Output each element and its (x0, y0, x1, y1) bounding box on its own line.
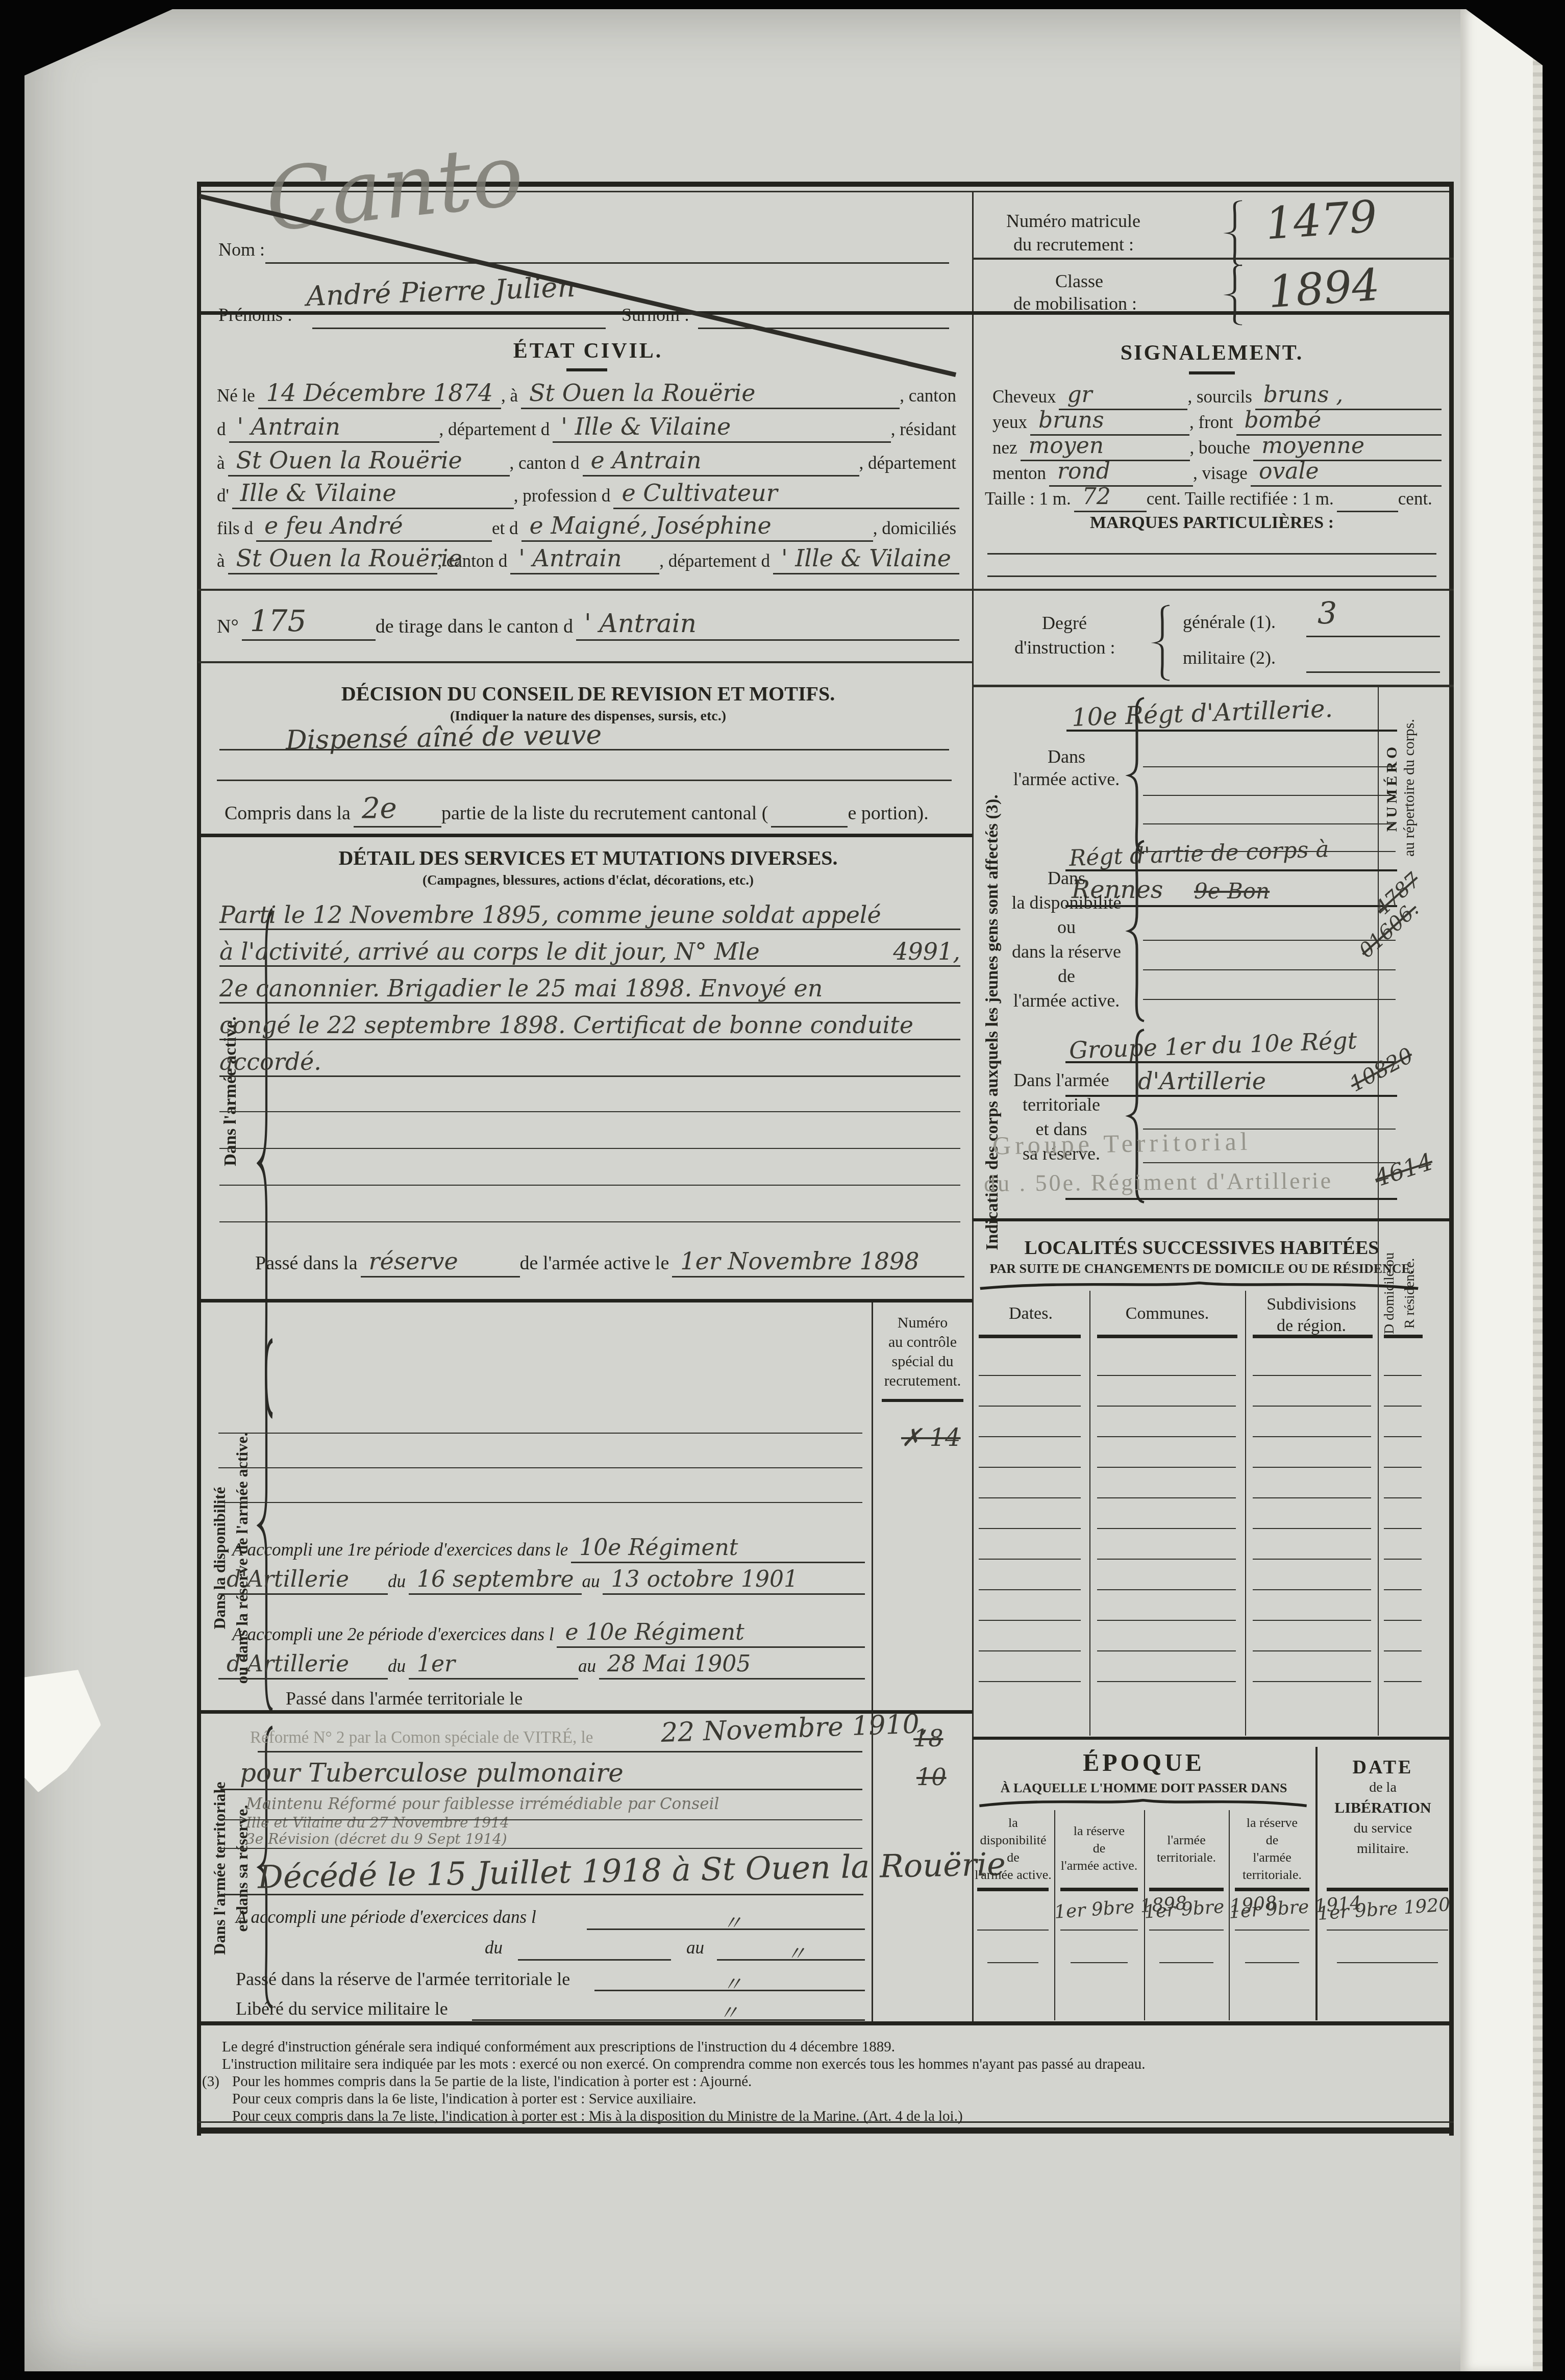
domicile-commune: St Ouen la Rouërie (228, 544, 438, 574)
blank-rule (219, 1185, 960, 1186)
matricule-divider (972, 258, 1454, 260)
stamp-groupe-territorial-1: Groupe Territorial (992, 1126, 1252, 1161)
epoque-head-seg (1327, 1888, 1448, 1891)
etat-civil-row-1: Né le 14 Décembre 1874 , à St Ouen la Ro… (217, 379, 959, 409)
passe-reserve-date: 1er Novembre 1898 (672, 1247, 964, 1277)
epoque-val-rule (1327, 1930, 1448, 1931)
loc-row (1384, 1406, 1422, 1407)
services-text-line-1: Parti le 12 Novembre 1895, comme jeune s… (219, 892, 960, 930)
loc-row (1384, 1559, 1422, 1560)
corps-dispo-label-1: Dans (1013, 867, 1120, 889)
taille-rectifiee-blank (1337, 507, 1398, 512)
loc-row (1097, 1528, 1236, 1529)
footnote-3-label: (3) (202, 2073, 219, 2090)
label: , bouche (1190, 438, 1254, 461)
bouche-value: moyenne (1253, 433, 1442, 461)
localites-col-dates: Dates. (977, 1304, 1084, 1323)
h: militaire. (1318, 1839, 1448, 1859)
services-bottom-thick (198, 1299, 972, 1302)
label: d' (217, 486, 232, 509)
residence-commune: St Ouen la Rouërie (228, 446, 510, 477)
loc-row (979, 1406, 1081, 1407)
text: congé le 22 septembre 1898. Certificat d… (219, 1011, 913, 1039)
birth-date: 14 Décembre 1874 (258, 379, 501, 409)
ditto-2: 〃 (786, 1938, 806, 1967)
passe-res-terr-label: Passé dans la réserve de l'armée territo… (236, 1968, 570, 1990)
loc-row (1253, 1650, 1371, 1651)
label: A accompli une 2e période d'exercices da… (232, 1624, 557, 1648)
loc-row (1384, 1436, 1422, 1437)
loc-row (1253, 1528, 1371, 1529)
numero-repertoire-l1: NUMÉRO (1383, 681, 1401, 895)
lower-section-thick-rule (198, 2021, 1454, 2025)
terr-margin-l1: Dans l'armée territoriale (208, 1715, 231, 2021)
epoque-col3-h: l'armée territoriale. (1146, 1832, 1227, 1866)
section-rule (198, 589, 1454, 591)
localites-head-seg-1 (979, 1335, 1081, 1338)
classe-value: 1894 (1266, 259, 1381, 318)
epoque-sub-rule (1159, 1962, 1213, 1963)
services-text-line-3: 2e canonnier. Brigadier le 25 mai 1898. … (219, 965, 960, 1004)
yeux-value: bruns (1030, 407, 1189, 436)
label: Compris dans la (225, 802, 354, 828)
label: , front (1189, 412, 1236, 436)
label: à (217, 453, 228, 477)
loc-row (1253, 1406, 1371, 1407)
signalement-row-4: menton rond , visage ovale (992, 460, 1442, 487)
h: territoriale. (1231, 1866, 1313, 1884)
blank-rule (219, 1221, 960, 1222)
loc-row (1384, 1375, 1422, 1376)
label: fils d (217, 518, 256, 542)
controle-underline (882, 1399, 963, 1402)
marques-rule-2 (987, 575, 1436, 577)
birth-place: St Ouen la Rouërie (521, 379, 900, 409)
blank-rule (218, 1467, 862, 1468)
epoque-val-rule (1060, 1930, 1138, 1931)
loc-row (1253, 1467, 1371, 1468)
decision-rule-2 (217, 780, 952, 781)
degre-label-1: Degré (1042, 612, 1087, 634)
stamp-groupe-territorial-2: du . 50e. Régiment d'Artillerie (984, 1167, 1333, 1197)
services-title: DÉTAIL DES SERVICES ET MUTATIONS DIVERSE… (217, 846, 959, 870)
loc-row (1384, 1589, 1422, 1590)
corps-dispo-label-4: dans la réserve (990, 941, 1143, 962)
reforme-rule-4 (220, 1848, 862, 1849)
visage-value: ovale (1251, 458, 1442, 487)
blank-rule (1143, 766, 1396, 767)
label: au (582, 1571, 603, 1595)
footnote-1: Le degré d'instruction générale sera ind… (222, 2039, 895, 2056)
localites-vline-3 (1378, 1219, 1379, 1736)
numero-repertoire-caption: NUMÉRO au répertoire du corps. (1383, 681, 1418, 895)
etat-civil-title: ÉTAT CIVIL. (217, 339, 959, 363)
tirage-row: N° 175 de tirage dans le canton d ' Antr… (217, 608, 959, 641)
label: d (217, 419, 229, 443)
ditto-1: 〃 (722, 1907, 742, 1936)
loc-row (1253, 1375, 1371, 1376)
etat-civil-row-4: d' Ille & Vilaine , profession d e Culti… (217, 479, 959, 509)
etat-civil-row-2: d ' Antrain , département d ' Ille & Vil… (217, 412, 959, 443)
localites-bottom-rule (972, 1737, 1454, 1740)
portion-blank (771, 822, 848, 828)
blank-rule (219, 1111, 960, 1112)
periode1-row-1: A accompli une 1re période d'exercices d… (232, 1532, 865, 1563)
epoque-header-wave (977, 1796, 1309, 1809)
localites-title: LOCALITÉS SUCCESSIVES HABITÉES (982, 1237, 1421, 1259)
signalement-title: SIGNALEMENT. (982, 341, 1442, 365)
reforme-motif: pour Tuberculose pulmonaire (240, 1758, 624, 1788)
localites-header-wave (977, 1279, 1421, 1292)
residence-canton: e Antrain (583, 446, 859, 477)
tirage-number: 175 (242, 604, 376, 641)
periode1-regiment: 10e Régiment (571, 1535, 865, 1563)
loc-row (1253, 1436, 1371, 1437)
periode2-regiment: e 10e Régiment (557, 1619, 865, 1648)
loc-row (979, 1528, 1081, 1529)
loc-row (1384, 1650, 1422, 1651)
book-page-edge (1460, 9, 1542, 2371)
epoque-subtitle: À LAQUELLE L'HOMME DOIT PASSER DANS (972, 1781, 1315, 1796)
nez-value: moyen (1021, 433, 1190, 461)
etat-civil-row-5: fils d e feu André et d e Maigné, Joséph… (217, 511, 959, 542)
h: du service (1318, 1818, 1448, 1839)
prenoms-rule (312, 328, 606, 329)
services-subtitle: (Campagnes, blessures, actions d'éclat, … (217, 872, 959, 888)
periode2-row-1: A accompli une 2e période d'exercices da… (232, 1616, 865, 1648)
epoque-sub-rule (1071, 1962, 1128, 1963)
margin-crossed-10: 10 (916, 1763, 947, 1791)
matricule-value: 1479 (1264, 191, 1379, 249)
text: accordé. (219, 1048, 321, 1075)
controle-label-4: recrutement. (874, 1372, 972, 1390)
taille-value: 72 (1074, 484, 1147, 512)
blank-rule (219, 1148, 960, 1149)
epoque-date-h: DATE de la LIBÉRATION du service militai… (1318, 1757, 1448, 1859)
periode2-arme: d'Artillerie (218, 1651, 388, 1680)
h: de (1056, 1840, 1142, 1857)
epoque-head-seg (977, 1888, 1049, 1891)
label: du (388, 1571, 409, 1595)
libere-rule (472, 2019, 865, 2021)
h: disponibilité (974, 1832, 1053, 1849)
label: , profession d (514, 486, 614, 509)
periode2-row-2: d'Artillerie du 1er au 28 Mai 1905 (218, 1648, 865, 1680)
label: partie de la liste du recrutement canton… (441, 802, 771, 828)
epoque-head-seg (1149, 1888, 1224, 1891)
generale-rule (1306, 636, 1440, 637)
label: menton (992, 463, 1049, 487)
footnote-4: Pour ceux compris dans la 6e liste, l'in… (232, 2091, 697, 2108)
footnote-3: Pour les hommes compris dans la 5e parti… (232, 2073, 752, 2090)
label: nez (992, 438, 1021, 461)
text: 2e canonnier. Brigadier le 25 mai 1898. … (219, 974, 823, 1002)
loc-row (1384, 1467, 1422, 1468)
epoque-title: ÉPOQUE (972, 1749, 1315, 1777)
sourcils-value: bruns , (1255, 382, 1442, 410)
corps-dispo-label-3: ou (1013, 916, 1120, 938)
birth-departement: ' Ille & Vilaine (553, 413, 890, 443)
signalement-row-3: nez moyen , bouche moyenne (992, 435, 1442, 461)
loc-row (979, 1559, 1081, 1560)
loc-row (1097, 1497, 1236, 1498)
h: l'armée (1146, 1832, 1227, 1849)
services-text-line-4: congé le 22 septembre 1898. Certificat d… (219, 1002, 960, 1040)
corps-dispo-brace (1127, 839, 1147, 1023)
marques-label: MARQUES PARTICULIÈRES : (982, 513, 1442, 533)
epoque-col4-h: la réserve de l'armée territoriale. (1231, 1814, 1313, 1884)
du-label: du (485, 1938, 503, 1958)
label: , canton (900, 386, 959, 409)
periode2-date-debut: 1er (409, 1651, 578, 1680)
label: , résidant (891, 419, 959, 443)
label: Passé dans la (255, 1252, 361, 1277)
classe-label-2: de mobilisation : (1013, 293, 1137, 314)
blank-rule (1143, 969, 1396, 970)
loc-row (979, 1497, 1081, 1498)
loc-row (1097, 1620, 1236, 1621)
passe-reserve-value: réserve (361, 1247, 520, 1277)
epoque-val-rule (1235, 1930, 1309, 1931)
label: A accompli une 1re période d'exercices d… (232, 1540, 571, 1563)
form-border-left (197, 182, 201, 2136)
loc-row (1384, 1681, 1422, 1682)
corps-active-underline (1066, 730, 1397, 732)
du-rule (518, 1959, 671, 1961)
label: , département (859, 453, 959, 477)
loc-row (979, 1681, 1081, 1682)
epoque-sub-rule (987, 1962, 1038, 1963)
domicile-canton: ' Antrain (510, 544, 659, 574)
degre-bottom-rule (972, 685, 1454, 687)
decision-bottom-thick (198, 834, 972, 837)
services-text-line-5: accordé. (219, 1039, 960, 1077)
prenoms-label: Prénoms : (218, 304, 292, 325)
services-text-line-2: à l'activité, arrivé au corps le dit jou… (219, 929, 960, 967)
label: , canton d (437, 551, 510, 574)
epoque-val-rule (1149, 1930, 1224, 1931)
loc-row (979, 1650, 1081, 1651)
corps-dispo-label-6: l'armée active. (995, 990, 1138, 1011)
loc-row (1097, 1467, 1236, 1468)
degre-brace (1152, 605, 1173, 681)
h: la (974, 1814, 1053, 1832)
generale-label: générale (1). (1183, 611, 1276, 633)
epoque-head-seg (1235, 1888, 1309, 1891)
footnote-2: L'instruction militaire sera indiquée pa… (222, 2056, 1145, 2073)
reforme-rule-1 (258, 1751, 862, 1752)
matricule-label-1: Numéro matricule (1006, 210, 1140, 232)
classe-label-1: Classe (1055, 270, 1103, 292)
passe-territoriale-label: Passé dans l'armée territoriale le (286, 1688, 523, 1709)
blank-rule (1143, 1162, 1396, 1163)
form-border-bottom-thick (198, 2127, 1454, 2134)
passe-reserve-row: Passé dans la réserve de l'armée active … (255, 1244, 964, 1277)
torn-paper-patch (24, 1670, 101, 1792)
corps-dispo-label-5: de (1013, 965, 1120, 987)
label: et d (492, 518, 521, 542)
matricule-corps-number: 4991, (893, 938, 960, 965)
loc-row (1097, 1406, 1236, 1407)
liste-partie-value: 2e (354, 792, 441, 828)
h: territoriale. (1146, 1849, 1227, 1866)
matricule-brace (1225, 200, 1245, 266)
footnote-5: Pour ceux compris dans la 7e liste, l'in… (232, 2108, 963, 2125)
deces-rule (220, 1894, 863, 1895)
localites-vline-2 (1245, 1291, 1246, 1736)
au-label: au (686, 1938, 704, 1958)
dispo-margin-l1: Dans la disponibilité (208, 1359, 231, 1757)
profession: e Cultivateur (613, 479, 959, 509)
corps-active-brace (1127, 696, 1147, 855)
localites-vline-1 (1089, 1291, 1090, 1736)
corps-terr-value-2: d'Artillerie (1138, 1067, 1266, 1095)
margin-crossed-18: 18 (913, 1724, 943, 1752)
father-name: e feu André (256, 512, 492, 542)
decision-rule-1 (219, 749, 949, 750)
h: l'armée active. (1056, 1857, 1142, 1874)
localites-subtitle: PAR SUITE DE CHANGEMENTS DE DOMICILE OU … (982, 1261, 1421, 1276)
label: à (217, 551, 228, 574)
label: , département d (659, 551, 773, 574)
blank-rule (1143, 999, 1396, 1000)
loc-row (1253, 1620, 1371, 1621)
h: l'armée active. (974, 1866, 1053, 1884)
loc-row (979, 1467, 1081, 1468)
label: du (388, 1656, 409, 1680)
blank-rule (218, 1502, 862, 1503)
etat-civil-title-dash (566, 368, 607, 371)
label: Taille : 1 m. (985, 489, 1074, 512)
corps-active-label-1: Dans (1013, 746, 1120, 767)
loc-row (1253, 1497, 1371, 1498)
loc-row (979, 1375, 1081, 1376)
pencil-maintenu-2: Ille et Vilaine du 27 Novembre 1914 (246, 1814, 509, 1831)
accompli-label: A accompli une période d'exercices dans … (236, 1907, 536, 1927)
periode1-date-debut: 16 septembre (409, 1566, 582, 1595)
localites-col-subdiv-2: de région. (1250, 1316, 1373, 1336)
loc-row (1097, 1436, 1236, 1437)
dr-line-2: R résidence. (1400, 1212, 1420, 1375)
h: l'armée (1231, 1849, 1313, 1866)
corps-terr-underline-3 (1065, 1198, 1397, 1200)
controle-value-crossed: ✗ 14 (901, 1423, 961, 1452)
corps-active-label-2: l'armée active. (1000, 768, 1133, 790)
localites-head-seg-3 (1253, 1335, 1373, 1338)
label: au (578, 1656, 599, 1680)
name-block-bottom-rule (198, 311, 1454, 315)
loc-row (1097, 1681, 1236, 1682)
corps-terr-underline-1 (1065, 1061, 1397, 1063)
h: de la (1318, 1777, 1448, 1798)
h: de (1231, 1832, 1313, 1849)
tirage-no-label: N° (217, 615, 242, 641)
signalement-row-taille: Taille : 1 m. 72 cent. Taille rectifiée … (985, 486, 1444, 512)
periode1-row-2: d'Artillerie du 16 septembre au 13 octob… (218, 1563, 865, 1595)
signalement-dash (1189, 371, 1235, 374)
etat-civil-row-3: à St Ouen la Rouërie , canton d e Antrai… (217, 446, 959, 477)
label: Né le (217, 386, 258, 409)
epoque-col2-h: la réserve de l'armée active. (1056, 1822, 1142, 1874)
corps-terr-label-1: Dans l'armée (985, 1069, 1138, 1091)
epoque-sub-rule (1245, 1962, 1299, 1963)
pencil-maintenu-3: 3e Révision (décret du 9 Sept 1914) (246, 1831, 507, 1847)
epoque-sub-rule (1337, 1962, 1438, 1963)
surnom-rule (698, 328, 949, 329)
book-page-edge-rough (1533, 9, 1543, 2371)
signalement-row-1: Cheveux gr , sourcils bruns , (992, 384, 1442, 410)
blank-rule (1143, 823, 1396, 824)
localites-col-communes: Communes. (1095, 1304, 1240, 1323)
periode2-date-fin: 28 Mai 1905 (599, 1651, 865, 1680)
birth-canton: ' Antrain (229, 413, 439, 443)
loc-row (1384, 1528, 1422, 1529)
controle-column-line (872, 1302, 873, 2023)
blank-rule (1143, 940, 1396, 941)
corps-dispo-label-2: la disponibilité (990, 892, 1143, 913)
epoque-col1-h: la disponibilité de l'armée active. (974, 1814, 1053, 1884)
nom-rule (265, 262, 949, 264)
stamp-reforme: Réformé N° 2 par la Comon spéciale de VI… (250, 1728, 593, 1747)
tirage-text: de tirage dans le canton d (376, 615, 576, 641)
loc-row (1384, 1497, 1422, 1498)
h: la réserve (1231, 1814, 1313, 1832)
text: à l'activité, arrivé au corps le dit jou… (219, 938, 760, 965)
photo-corner-shadow-right (1466, 9, 1543, 65)
classe-brace (1225, 264, 1245, 325)
h: de (974, 1849, 1053, 1866)
loc-row (1253, 1559, 1371, 1560)
front-value: bombé (1236, 407, 1442, 436)
corps-dispo-crossed: 9e Bon (1194, 879, 1270, 904)
loc-row (1097, 1589, 1236, 1590)
signalement-row-2: yeux bruns , front bombé (992, 409, 1442, 436)
h: la réserve (1056, 1822, 1142, 1840)
controle-label-1: Numéro (874, 1314, 972, 1332)
tirage-bottom-rule (198, 661, 972, 663)
label: e portion). (848, 802, 931, 828)
loc-row (979, 1436, 1081, 1437)
ditto-3: 〃 (722, 1968, 742, 1997)
loc-row (1384, 1620, 1422, 1621)
marques-rule-1 (987, 553, 1436, 555)
loc-row (1097, 1375, 1236, 1376)
blank-rule (1143, 795, 1396, 796)
reforme-rule-3 (220, 1819, 862, 1820)
label: , visage (1193, 463, 1251, 487)
label: , canton d (510, 453, 583, 477)
localites-head-seg-2 (1097, 1335, 1237, 1338)
militaire-rule (1306, 671, 1440, 673)
residence-departement: Ille & Vilaine (232, 479, 514, 509)
photo-corner-shadow-left (24, 9, 172, 76)
degre-label-2: d'instruction : (1014, 637, 1115, 658)
localites-dr-caption: D domicile ou R résidence. (1379, 1212, 1420, 1375)
etat-civil-row-6: à St Ouen la Rouërie , canton d ' Antrai… (217, 544, 959, 574)
loc-row (979, 1589, 1081, 1590)
label: cent. Taille rectifiée : 1 m. (1147, 489, 1337, 512)
libere-label: Libéré du service militaire le (236, 1998, 448, 2019)
decision-title: DÉCISION DU CONSEIL DE REVISION ET MOTIF… (217, 682, 959, 706)
localites-col-subdiv-1: Subdivisions (1250, 1295, 1373, 1314)
epoque-head-seg (1060, 1888, 1138, 1891)
generale-value: 3 (1318, 596, 1337, 632)
label: , à (501, 386, 521, 409)
domicile-departement: ' Ille & Vilaine (773, 544, 959, 574)
label: cent. (1398, 489, 1435, 512)
tirage-canton: ' Antrain (576, 609, 959, 641)
scanned-military-register-page: Canto Nom : André Pierre Julien Prénoms … (0, 0, 1565, 2380)
